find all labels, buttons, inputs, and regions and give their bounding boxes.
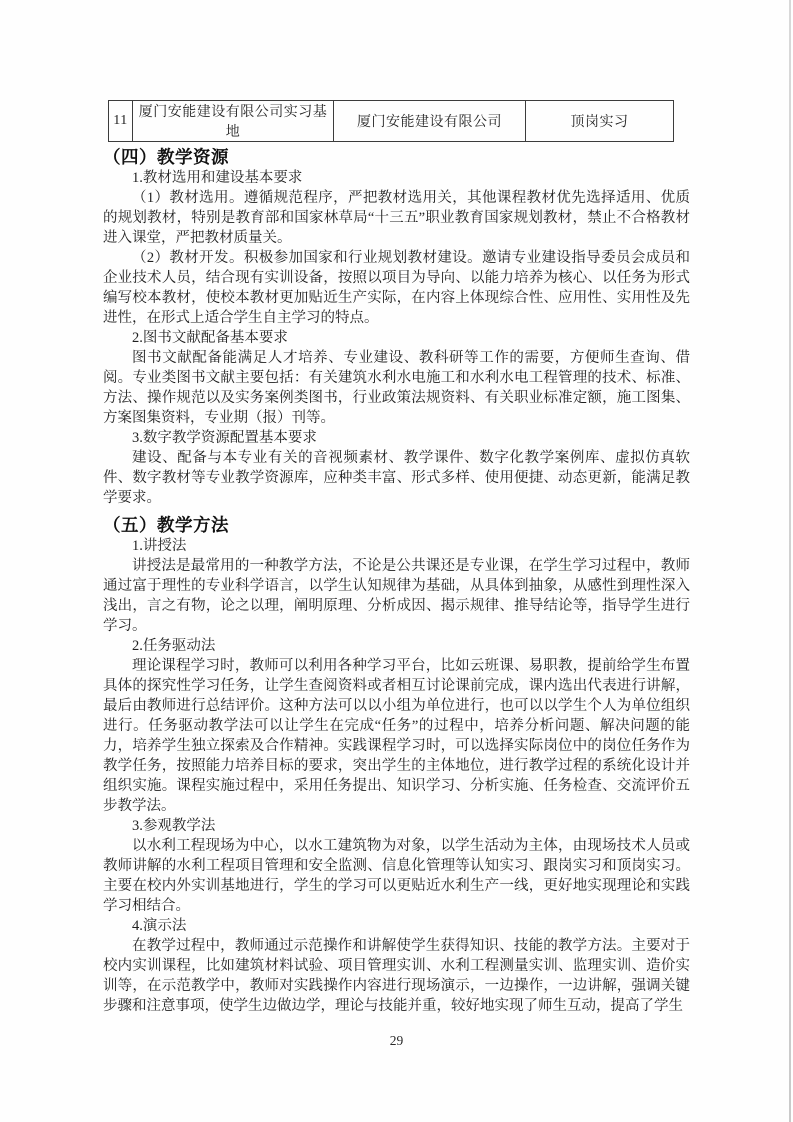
table-cell-index: 11 xyxy=(109,101,133,142)
section-heading-teaching-resources: （四）教学资源 xyxy=(103,146,690,168)
paragraph-field-visit-method: 以水利工程现场为中心，以水工建筑物为对象，以学生活动为主体，由现场技术人员或教师… xyxy=(103,836,690,916)
subheading-field-visit-method: 3.参观教学法 xyxy=(103,816,690,836)
scan-edge-artifact xyxy=(789,0,791,1122)
table-cell-base-name: 厦门安能建设有限公司实习基地 xyxy=(133,101,334,142)
paragraph-task-driven-method: 理论课程学习时，教师可以利用各种学习平台，比如云班课、易职教，提前给学生布置具体… xyxy=(103,656,690,816)
page-content: 11 厦门安能建设有限公司实习基地 厦门安能建设有限公司 顶岗实习 （四）教学资… xyxy=(103,100,690,1016)
paragraph-library-literature: 图书文献配备能满足人才培养、专业建设、教科研等工作的需要，方便师生查询、借阅。专… xyxy=(103,348,690,428)
paragraph-digital-resources: 建设、配备与本专业有关的音视频素材、教学课件、数字化教学案例库、虚拟仿真软件、数… xyxy=(103,448,690,508)
subheading-library-literature: 2.图书文献配备基本要求 xyxy=(103,328,690,348)
paragraph-demonstration-method: 在教学过程中，教师通过示范操作和讲解使学生获得知识、技能的教学方法。主要对于校内… xyxy=(103,936,690,1016)
subheading-digital-resources: 3.数字教学资源配置基本要求 xyxy=(103,428,690,448)
paragraph-lecture-method: 讲授法是最常用的一种教学方法，不论是公共课还是专业课，在学生学习过程中，教师通过… xyxy=(103,556,690,636)
table-cell-practice-mode: 顶岗实习 xyxy=(526,101,674,142)
page-number: 29 xyxy=(0,1033,793,1049)
scanned-document-page: { "document": { "page_number": "29" }, "… xyxy=(0,0,793,1122)
table-cell-company: 厦门安能建设有限公司 xyxy=(334,101,526,142)
subheading-task-driven-method: 2.任务驱动法 xyxy=(103,636,690,656)
subheading-textbook-selection: 1.教材选用和建设基本要求 xyxy=(103,168,690,188)
subheading-demonstration-method: 4.演示法 xyxy=(103,916,690,936)
table-row: 11 厦门安能建设有限公司实习基地 厦门安能建设有限公司 顶岗实习 xyxy=(109,101,674,142)
paragraph-textbook-development: （2）教材开发。积极参加国家和行业规划教材建设。邀请专业建设指导委员会成员和企业… xyxy=(103,248,690,328)
practice-base-table: 11 厦门安能建设有限公司实习基地 厦门安能建设有限公司 顶岗实习 xyxy=(108,100,674,142)
paragraph-textbook-selection: （1）教材选用。遵循规范程序，严把教材选用关，其他课程教材优先选择适用、优质的规… xyxy=(103,188,690,248)
section-heading-teaching-methods: （五）教学方法 xyxy=(103,514,690,536)
subheading-lecture-method: 1.讲授法 xyxy=(103,536,690,556)
